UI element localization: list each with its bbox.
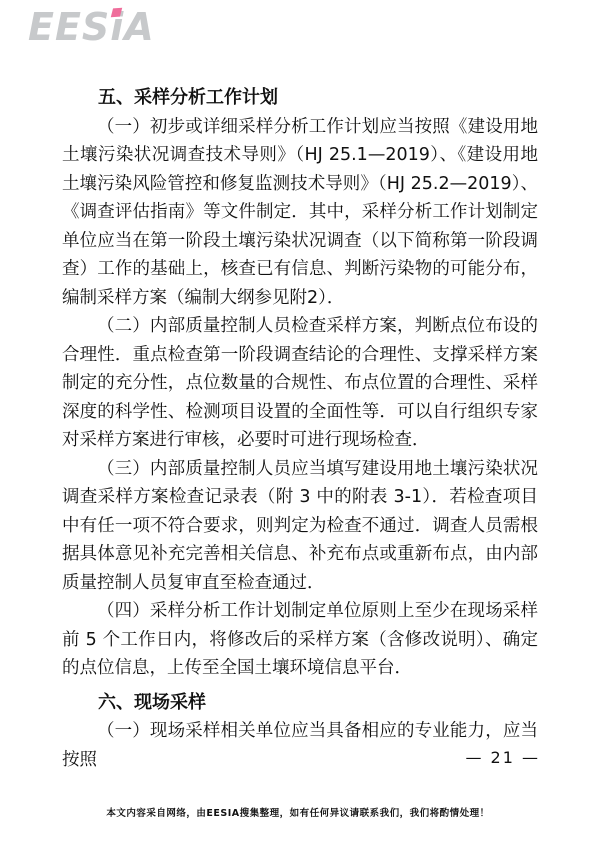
page-number: — 21 —: [465, 748, 540, 767]
document-content: 五、采样分析工作计划 （一）初步或详细采样分析工作计划应当按照《建设用地土壤污染…: [62, 84, 538, 774]
section-heading-5: 五、采样分析工作计划: [62, 84, 538, 113]
paragraph-5-3: （三）内部质量控制人员应当填写建设用地土壤污染状况调查采样方案检查记录表（附 3…: [62, 455, 538, 598]
document-page: EESiA 五、采样分析工作计划 （一）初步或详细采样分析工作计划应当按照《建设…: [0, 0, 596, 842]
section-heading-6: 六、现场采样: [62, 689, 538, 718]
paragraph-5-2: （二）内部质量控制人员检查采样方案，判断点位布设的合理性．重点检查第一阶段调查结…: [62, 312, 538, 455]
eesia-logo: EESiA: [28, 4, 155, 50]
footer-disclaimer: 本文内容采自网络，由EESIA搜集整理，如有任何异议请联系我们，我们将酌情处理！: [0, 805, 596, 819]
paragraph-5-1: （一）初步或详细采样分析工作计划应当按照《建设用地土壤污染状况调查技术导则》（H…: [62, 113, 538, 313]
eesia-logo-text: EESiA: [28, 5, 155, 49]
paragraph-5-4: （四）采样分析工作计划制定单位原则上至少在现场采样前 5 个工作日内，将修改后的…: [62, 597, 538, 683]
